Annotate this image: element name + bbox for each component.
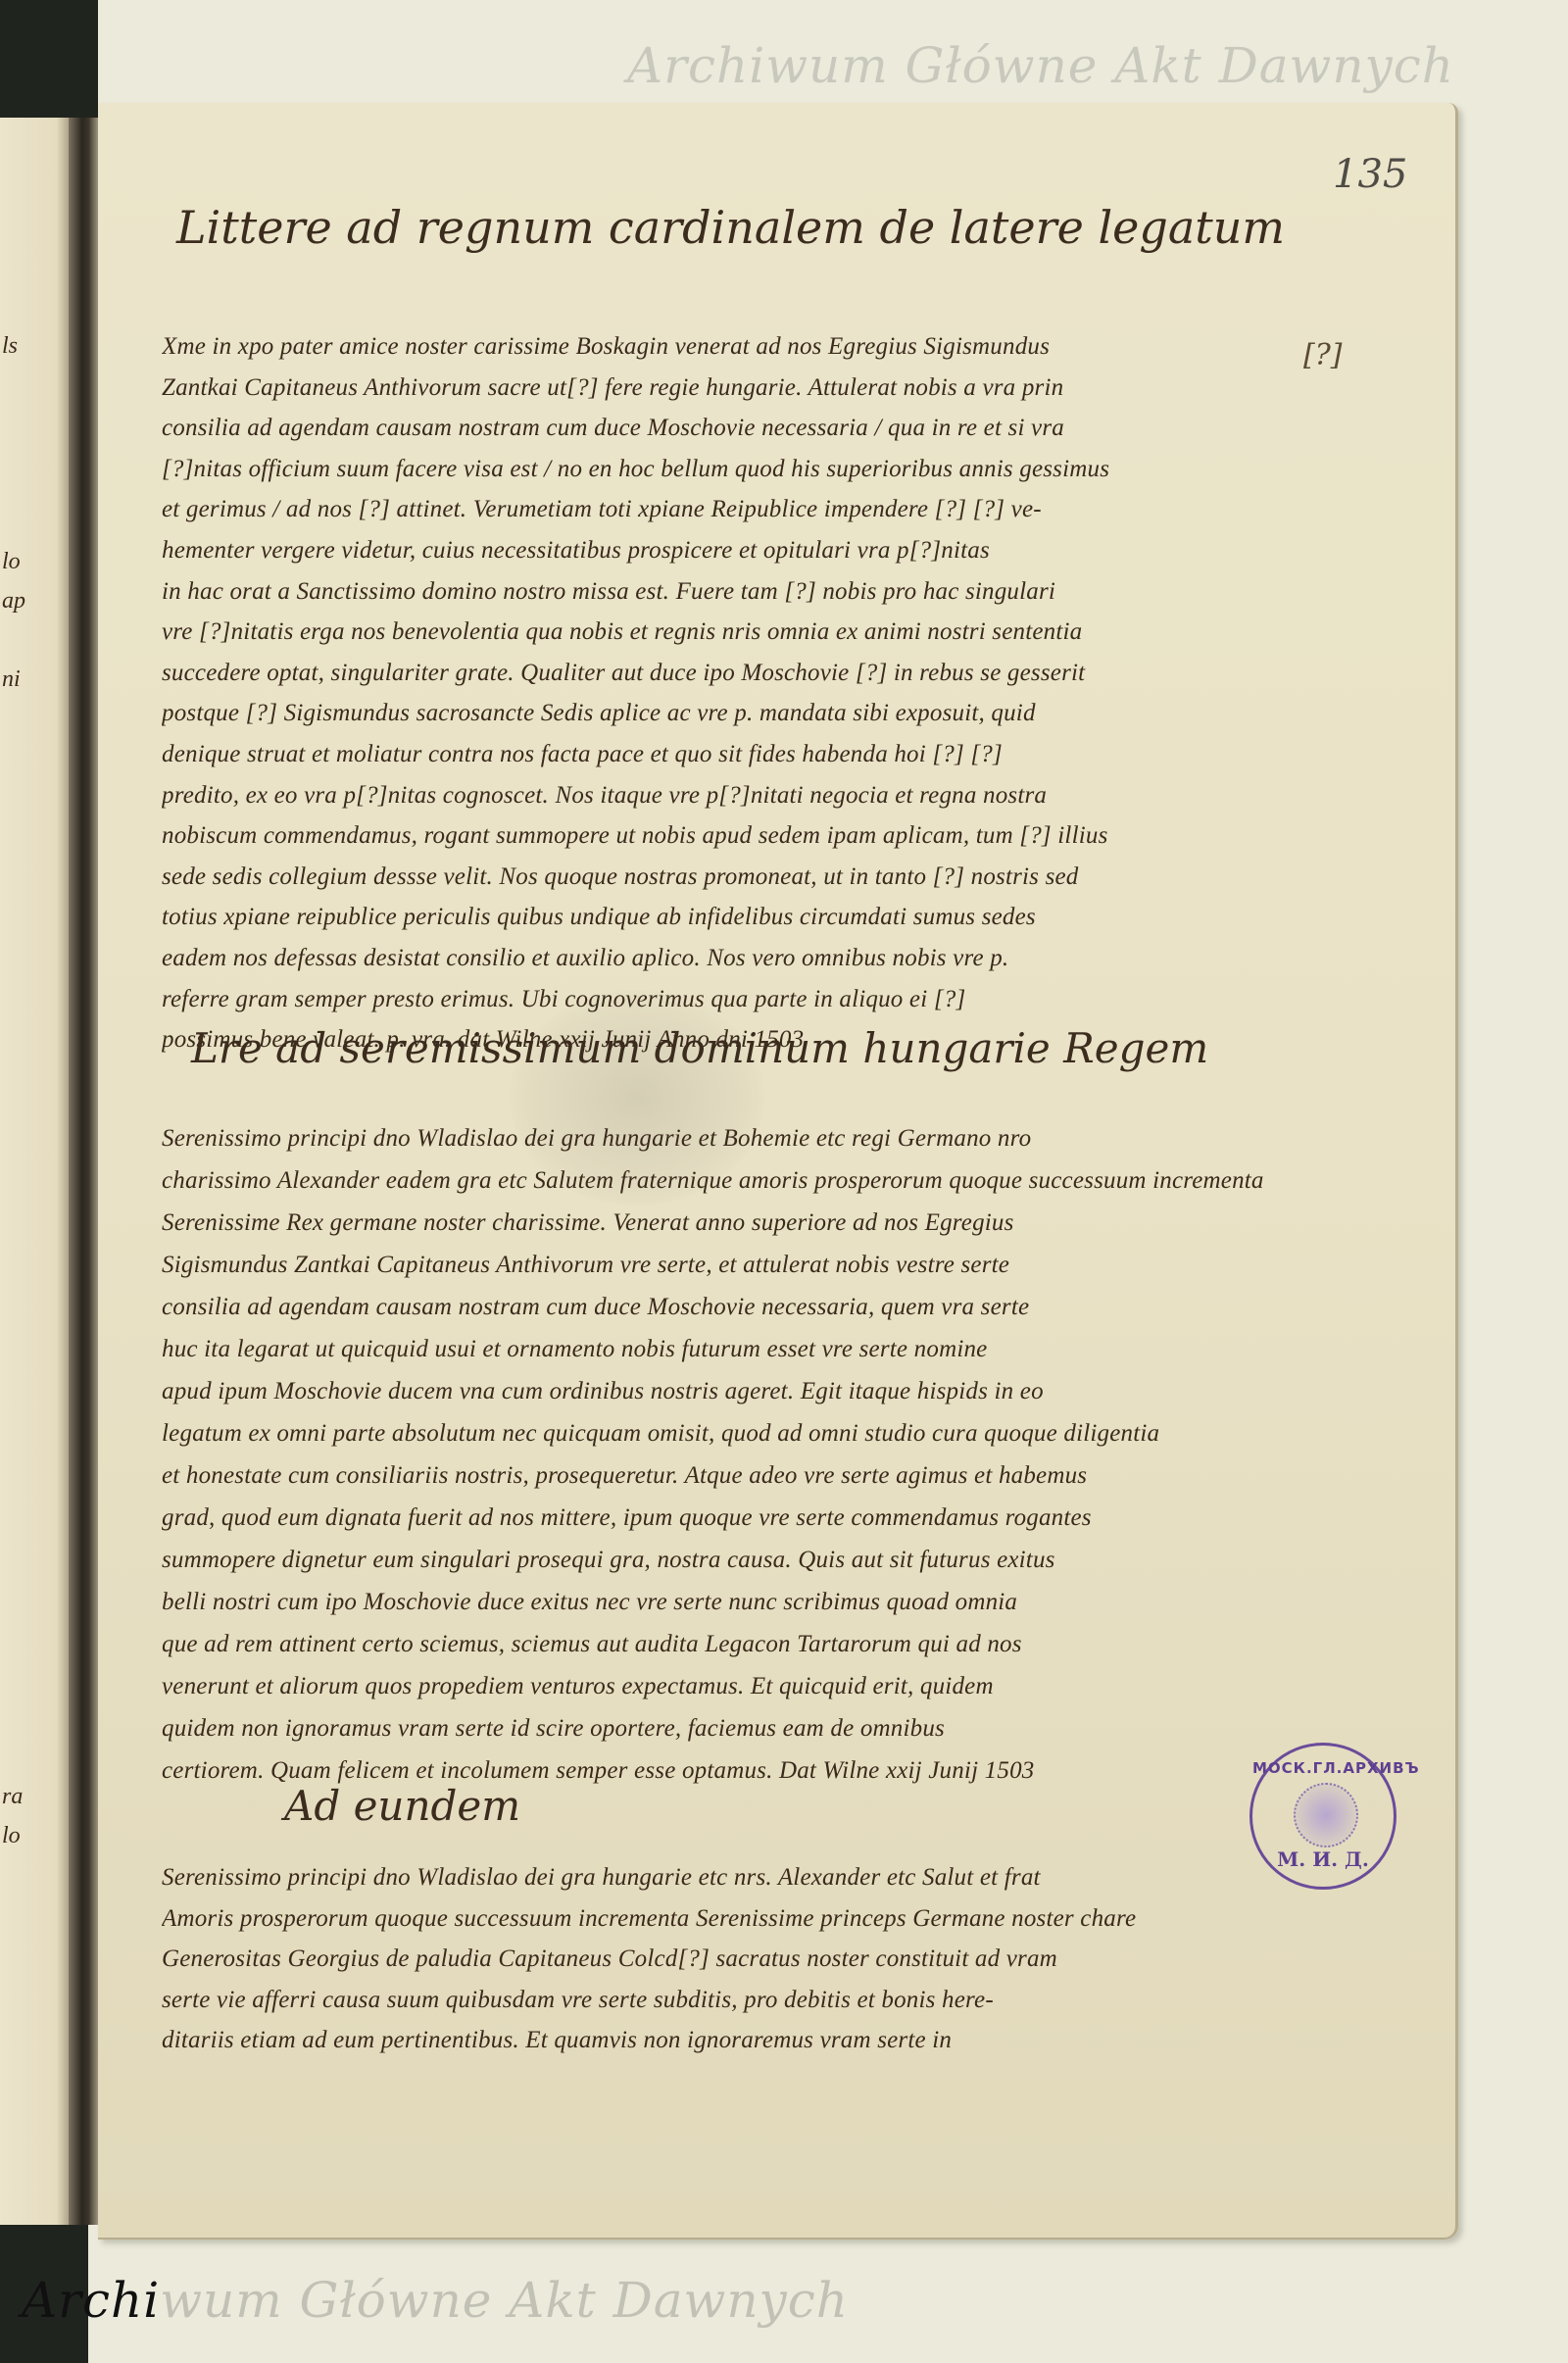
folio-number: 135 [1333,152,1407,197]
text-line: succedere optat, singulariter grate. Qua… [162,653,1318,694]
text-line: belli nostri cum ipo Moschovie duce exit… [162,1581,1318,1623]
text-line: Generositas Georgius de paludia Capitane… [162,1939,1318,1980]
text-line: summopere dignetur eum singulari prosequ… [162,1539,1318,1581]
letter-body-1: Xme in xpo pater amice noster carissime … [162,326,1318,1060]
text-line: vre [?]nitatis erga nos benevolentia qua… [162,612,1318,653]
text-line: et honestate cum consiliariis nostris, p… [162,1454,1318,1497]
letter-body-3: Serenissimo principi dno Wladislao dei g… [162,1857,1318,2061]
text-line: Amoris prosperorum quoque successuum inc… [162,1898,1318,1940]
text-line: sede sedis collegium dessse velit. Nos q… [162,857,1318,898]
text-line: Serenissimo principi dno Wladislao dei g… [162,1117,1318,1159]
left-page-fragment: ls [2,333,18,360]
left-page-fragment: ra [2,1784,23,1810]
text-line: quidem non ignoramus vram serte id scire… [162,1707,1318,1749]
text-line: Sigismundus Zantkai Capitaneus Anthivoru… [162,1244,1318,1286]
archive-stamp: МОСК.ГЛ.АРХИВЪ М. И. Д. [1249,1743,1396,1890]
text-line: Zantkai Capitaneus Anthivorum sacre ut[?… [162,368,1318,409]
text-line: Serenissime Rex germane noster charissim… [162,1202,1318,1244]
text-line: nobiscum commendamus, rogant summopere u… [162,815,1318,857]
section-heading-2: Lre ad seremissimum dominum hungarie Reg… [191,1024,1208,1072]
text-line: ditariis etiam ad eum pertinentibus. Et … [162,2020,1318,2061]
left-page-fragment: lo [2,549,21,575]
text-line: charissimo Alexander eadem gra etc Salut… [162,1159,1318,1202]
text-line: eadem nos defessas desistat consilio et … [162,938,1318,979]
left-page-fragment: ap [2,588,25,615]
section-heading-1: Littere ad regnum cardinalem de latere l… [176,201,1285,254]
book-gutter [69,118,102,2225]
text-line: totius xpiane reipublice periculis quibu… [162,897,1318,938]
text-line: Serenissimo principi dno Wladislao dei g… [162,1857,1318,1898]
text-line: in hac orat a Sanctissimo domino nostro … [162,571,1318,613]
text-line: que ad rem attinent certo sciemus, sciem… [162,1623,1318,1665]
text-line: [?]nitas officium suum facere visa est /… [162,449,1318,490]
text-line: legatum ex omni parte absolutum nec quic… [162,1412,1318,1454]
text-line: Xme in xpo pater amice noster carissime … [162,326,1318,368]
text-line: grad, quod eum dignata fuerit ad nos mit… [162,1497,1318,1539]
watermark-bottom: Archiwum Główne Akt Dawnych [22,2272,849,2329]
text-line: referre gram semper presto erimus. Ubi c… [162,979,1318,1020]
text-line: huc ita legarat ut quicquid usui et orna… [162,1328,1318,1370]
text-line: consilia ad agendam causam nostram cum d… [162,408,1318,449]
stamp-eagle-emblem [1294,1783,1358,1847]
watermark-bottom-dark: Archi [22,2272,160,2329]
watermark-bottom-light: wum Główne Akt Dawnych [160,2272,849,2329]
text-line: et gerimus / ad nos [?] attinet. Verumet… [162,489,1318,530]
stamp-bottom-text: М. И. Д. [1252,1847,1394,1871]
text-line: consilia ad agendam causam nostram cum d… [162,1286,1318,1328]
text-line: postque [?] Sigismundus sacrosancte Sedi… [162,693,1318,734]
watermark-top: Archiwum Główne Akt Dawnych [627,37,1454,94]
stamp-top-text: МОСК.ГЛ.АРХИВЪ [1252,1759,1394,1777]
text-line: apud ipum Moschovie ducem vna cum ordini… [162,1370,1318,1412]
section-heading-3: Ad eundem [284,1782,520,1830]
left-page-edge: ls lo ap ni ra lo [0,118,71,2225]
text-line: serte vie afferri causa suum quibusdam v… [162,1980,1318,2021]
dark-corner-top [0,0,98,123]
text-line: venerunt et aliorum quos propediem ventu… [162,1665,1318,1707]
text-line: denique struat et moliatur contra nos fa… [162,734,1318,775]
letter-body-2: Serenissimo principi dno Wladislao dei g… [162,1117,1318,1792]
text-line: hementer vergere videtur, cuius necessit… [162,530,1318,571]
left-page-fragment: ni [2,666,21,693]
left-page-fragment: lo [2,1823,21,1849]
text-line: predito, ex eo vra p[?]nitas cognoscet. … [162,775,1318,816]
